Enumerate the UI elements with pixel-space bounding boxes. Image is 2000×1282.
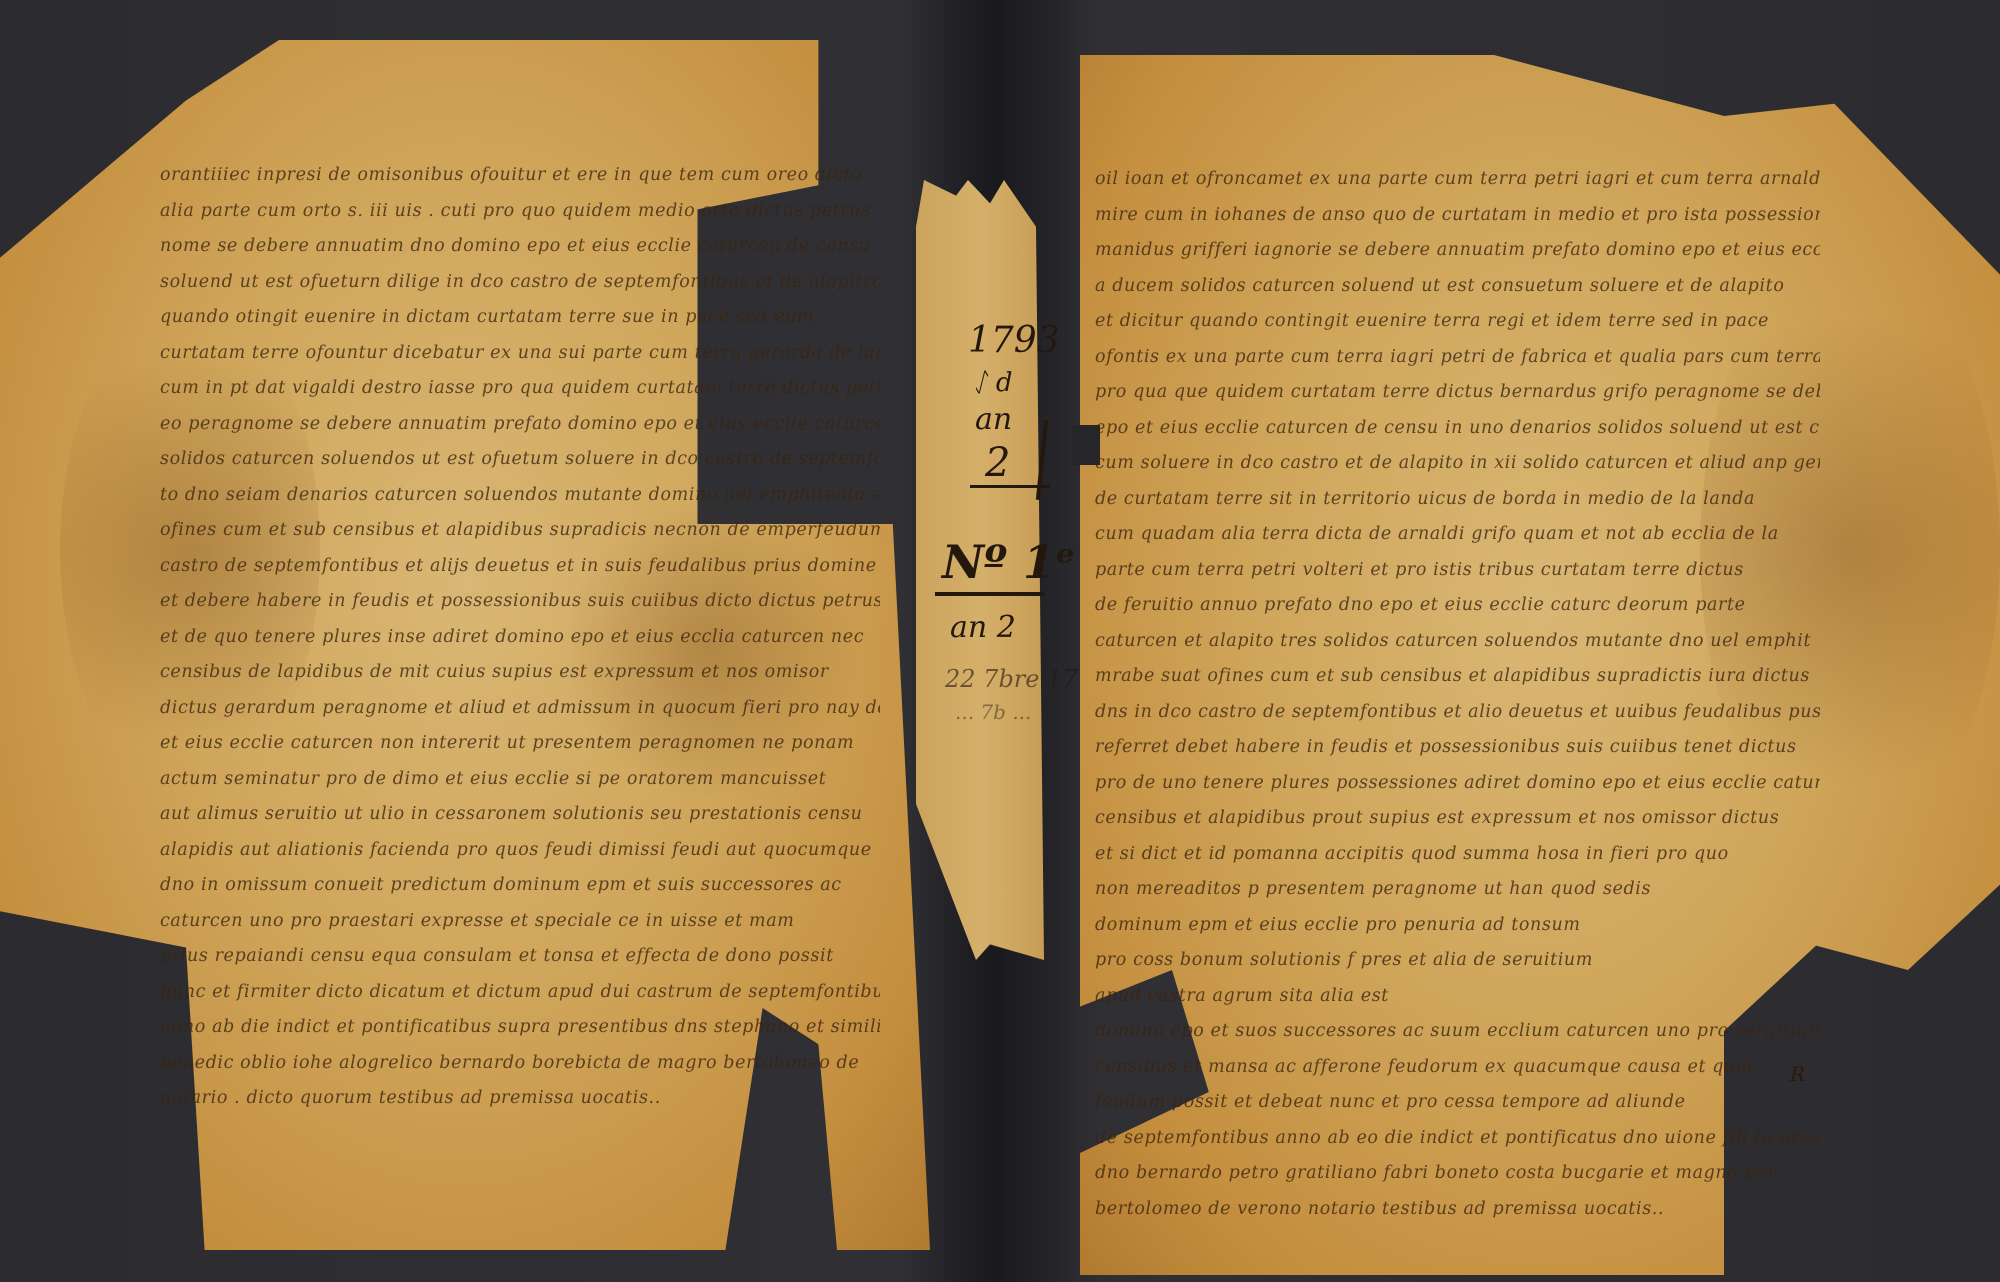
text-line: a ducem solidos caturcen soluend ut est …: [1095, 269, 1820, 305]
annotation-rule: [935, 592, 1045, 596]
text-line: non mereaditos p presentem peragnome ut …: [1095, 872, 1820, 908]
text-line: apud castra agrum sita alia est: [1095, 979, 1820, 1015]
spine-annotation-faint: ... 7b ...: [955, 700, 1031, 724]
text-line: de septemfontibus anno ab eo die indict …: [1095, 1121, 1820, 1157]
text-line: de feruitio annuo prefato dno epo et eiu…: [1095, 588, 1820, 624]
text-line: et de quo tenere plures inse adiret domi…: [160, 620, 880, 656]
text-line: ofontis ex una parte cum terra iagri pet…: [1095, 340, 1820, 376]
text-line: anno ab die indict et pontificatibus sup…: [160, 1010, 880, 1046]
text-line: censibus et alapidibus prout supius est …: [1095, 801, 1820, 837]
text-line: castro de septemfontibus et alijs deuetu…: [160, 549, 880, 585]
text-line: mrabe suat ofines cum et sub censibus et…: [1095, 659, 1820, 695]
text-line: notario . dicto quorum testibus ad premi…: [160, 1081, 880, 1117]
text-line: quando otingit euenire in dictam curtata…: [160, 300, 880, 336]
text-line: caturcen uno pro praestari expresse et s…: [160, 904, 880, 940]
text-line: et dicitur quando contingit euenire terr…: [1095, 304, 1820, 340]
text-line: dns in dco castro de septemfontibus et a…: [1095, 695, 1820, 731]
text-line: prius repaiandi censu equa consulam et t…: [160, 939, 880, 975]
spine-annotation-line3: an: [975, 402, 1012, 437]
spine-annotation-number: Nº 1ᵉ: [942, 535, 1076, 589]
text-line: domino epo et suos successores ac suum e…: [1095, 1014, 1820, 1050]
text-line: manidus grifferi iagnorie se debere annu…: [1095, 233, 1820, 269]
text-line: nome se debere annuatim dno domino epo e…: [160, 229, 880, 265]
right-page-text: oil ioan et ofroncamet ex una parte cum …: [1095, 162, 1820, 1227]
text-line: parte cum terra petri volteri et pro ist…: [1095, 553, 1820, 589]
text-line: dno bernardo petro gratiliano fabri bone…: [1095, 1156, 1820, 1192]
text-line: benedic oblio iohe alogrelico bernardo b…: [160, 1046, 880, 1082]
text-line: feudum possit et debeat nunc et pro cess…: [1095, 1085, 1820, 1121]
text-line: et si dict et id pomanna accipitis quod …: [1095, 837, 1820, 873]
text-line: censibus de lapidibus de mit cuius supiu…: [160, 655, 880, 691]
text-line: aut alimus seruitio ut ulio in cessarone…: [160, 797, 880, 833]
text-line: pro qua que quidem curtatam terre dictus…: [1095, 375, 1820, 411]
text-line: dno in omissum conueit predictum dominum…: [160, 868, 880, 904]
text-line: epo et eius ecclie caturcen de censu in …: [1095, 411, 1820, 447]
text-line: cum soluere in dco castro et de alapito …: [1095, 446, 1820, 482]
text-line: eo peragnome se debere annuatim prefato …: [160, 407, 880, 443]
text-line: dictus gerardum peragnome et aliud et ad…: [160, 691, 880, 727]
text-line: curtatam terre ofountur dicebatur ex una…: [160, 336, 880, 372]
text-line: oil ioan et ofroncamet ex una parte cum …: [1095, 162, 1820, 198]
text-line: pro de uno tenere plures possessiones ad…: [1095, 766, 1820, 802]
text-line: censibus et mansa ac afferone feudorum e…: [1095, 1050, 1820, 1086]
text-line: caturcen et alapito tres solidos caturce…: [1095, 624, 1820, 660]
spine-annotation-line4: 2: [985, 440, 1010, 486]
text-line: de curtatam terre sit in territorio uicu…: [1095, 482, 1820, 518]
text-line: pro coss bonum solutionis f pres et alia…: [1095, 943, 1820, 979]
spine-annotation-line2: ᛇ d: [972, 368, 1013, 398]
text-line: actum seminatur pro de dimo et eius eccl…: [160, 762, 880, 798]
text-line: et debere habere in feudis et possession…: [160, 584, 880, 620]
text-line: mire cum in iohanes de anso quo de curta…: [1095, 198, 1820, 234]
text-line: cum quadam alia terra dicta de arnaldi g…: [1095, 517, 1820, 553]
text-line: soluend ut est ofueturn dilige in dco ca…: [160, 265, 880, 301]
spine-annotation-date: 22 7bre 17: [945, 665, 1078, 693]
spine-annotation-line6: an 2: [950, 610, 1016, 645]
text-line: ofines cum et sub censibus et alapidibus…: [160, 513, 880, 549]
spine-annotation-year: 1793: [968, 320, 1060, 361]
text-line: solidos caturcen soluendos ut est ofuetu…: [160, 442, 880, 478]
text-line: nunc et firmiter dicto dicatum et dictum…: [160, 975, 880, 1011]
text-line: orantiiiec inpresi de omisonibus ofouitu…: [160, 158, 880, 194]
margin-mark: R: [1790, 1062, 1805, 1086]
left-page-text: orantiiiec inpresi de omisonibus ofouitu…: [160, 158, 880, 1117]
text-line: referret debet habere in feudis et posse…: [1095, 730, 1820, 766]
text-line: dominum epm et eius ecclie pro penuria a…: [1095, 908, 1820, 944]
text-line: cum in pt dat vigaldi destro iasse pro q…: [160, 371, 880, 407]
text-line: et eius ecclie caturcen non intererit ut…: [160, 726, 880, 762]
text-line: alapidis aut aliationis facienda pro quo…: [160, 833, 880, 869]
text-line: bertolomeo de verono notario testibus ad…: [1095, 1192, 1820, 1228]
text-line: to dno seiam denarios caturcen soluendos…: [160, 478, 880, 514]
text-line: alia parte cum orto s. iii uis . cuti pr…: [160, 194, 880, 230]
